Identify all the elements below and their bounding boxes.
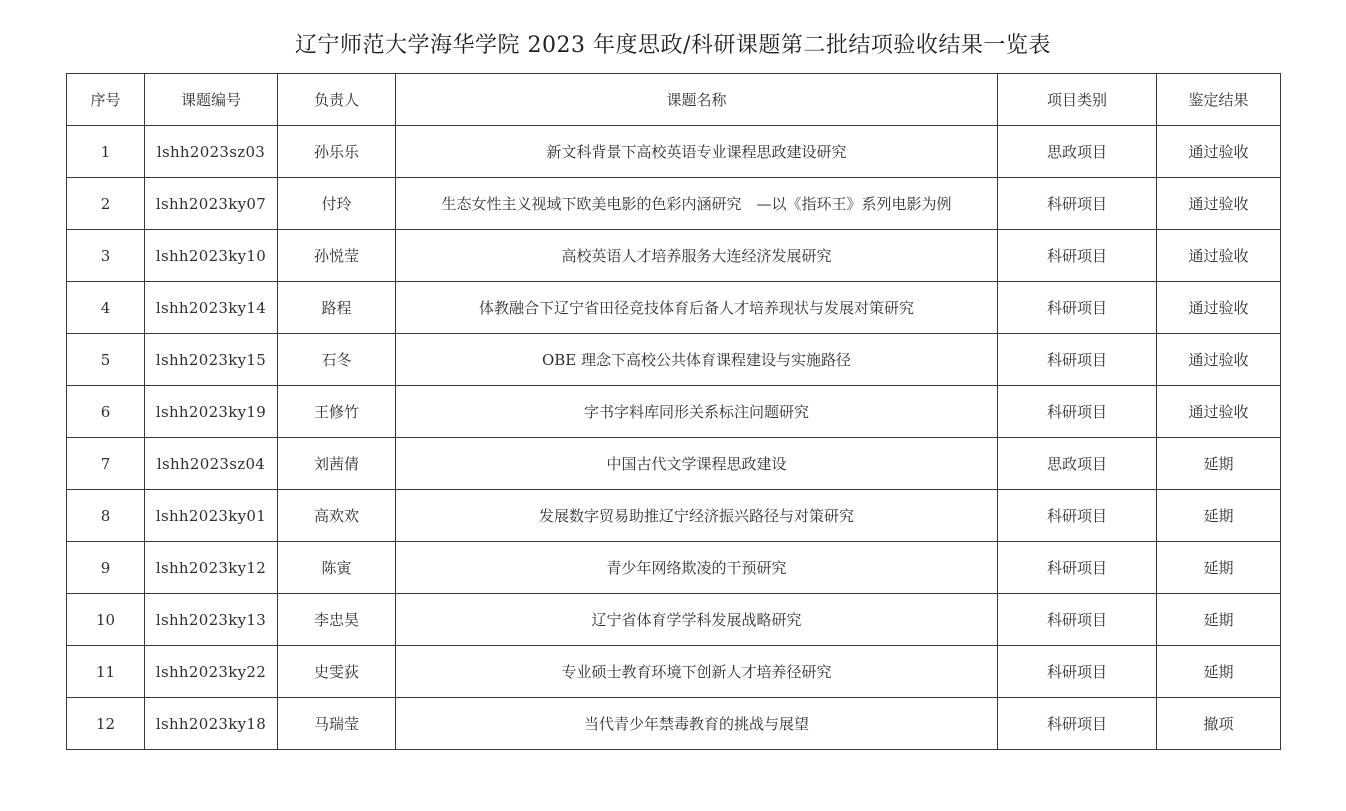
- cell-owner: 高欢欢: [278, 490, 396, 542]
- cell-code: lshh2023ky22: [145, 646, 278, 698]
- cell-title: 当代青少年禁毒教育的挑战与展望: [396, 698, 998, 750]
- cell-result: 通过验收: [1157, 334, 1281, 386]
- cell-owner: 史雯荻: [278, 646, 396, 698]
- cell-code: lshh2023ky15: [145, 334, 278, 386]
- header-code: 课题编号: [145, 74, 278, 126]
- cell-title: 辽宁省体育学学科发展战略研究: [396, 594, 998, 646]
- table-row: 3 lshh2023ky10 孙悦莹 高校英语人才培养服务大连经济发展研究 科研…: [67, 230, 1281, 282]
- cell-owner: 付玲: [278, 178, 396, 230]
- cell-type: 科研项目: [998, 230, 1157, 282]
- table-row: 7 lshh2023sz04 刘茜倩 中国古代文学课程思政建设 思政项目 延期: [67, 438, 1281, 490]
- header-seq: 序号: [67, 74, 145, 126]
- table-row: 4 lshh2023ky14 路程 体教融合下辽宁省田径竞技体育后备人才培养现状…: [67, 282, 1281, 334]
- header-title: 课题名称: [396, 74, 998, 126]
- cell-owner: 孙悦莹: [278, 230, 396, 282]
- cell-type: 科研项目: [998, 594, 1157, 646]
- cell-owner: 马瑞莹: [278, 698, 396, 750]
- cell-seq: 2: [67, 178, 145, 230]
- table-row: 11 lshh2023ky22 史雯荻 专业硕士教育环境下创新人才培养径研究 科…: [67, 646, 1281, 698]
- cell-owner: 王修竹: [278, 386, 396, 438]
- results-table: 序号 课题编号 负责人 课题名称 项目类别 鉴定结果 1 lshh2023sz0…: [66, 73, 1281, 750]
- table-row: 12 lshh2023ky18 马瑞莹 当代青少年禁毒教育的挑战与展望 科研项目…: [67, 698, 1281, 750]
- cell-result: 通过验收: [1157, 178, 1281, 230]
- cell-owner: 石冬: [278, 334, 396, 386]
- cell-type: 科研项目: [998, 542, 1157, 594]
- table-row: 9 lshh2023ky12 陈寅 青少年网络欺凌的干预研究 科研项目 延期: [67, 542, 1281, 594]
- cell-code: lshh2023ky19: [145, 386, 278, 438]
- cell-title: 体教融合下辽宁省田径竞技体育后备人才培养现状与发展对策研究: [396, 282, 998, 334]
- cell-title: 发展数字贸易助推辽宁经济振兴路径与对策研究: [396, 490, 998, 542]
- cell-code: lshh2023ky01: [145, 490, 278, 542]
- cell-code: lshh2023ky12: [145, 542, 278, 594]
- cell-seq: 3: [67, 230, 145, 282]
- table-row: 6 lshh2023ky19 王修竹 字书字料库同形关系标注问题研究 科研项目 …: [67, 386, 1281, 438]
- cell-type: 思政项目: [998, 126, 1157, 178]
- cell-seq: 10: [67, 594, 145, 646]
- header-owner: 负责人: [278, 74, 396, 126]
- cell-type: 科研项目: [998, 386, 1157, 438]
- cell-code: lshh2023ky07: [145, 178, 278, 230]
- page-title: 辽宁师范大学海华学院 2023 年度思政/科研课题第二批结项验收结果一览表: [0, 28, 1346, 64]
- cell-result: 延期: [1157, 438, 1281, 490]
- table-row: 2 lshh2023ky07 付玲 生态女性主义视域下欧美电影的色彩内涵研究 —…: [67, 178, 1281, 230]
- cell-owner: 李忠昊: [278, 594, 396, 646]
- cell-type: 科研项目: [998, 698, 1157, 750]
- cell-seq: 5: [67, 334, 145, 386]
- cell-title: 高校英语人才培养服务大连经济发展研究: [396, 230, 998, 282]
- cell-result: 通过验收: [1157, 230, 1281, 282]
- cell-result: 撤项: [1157, 698, 1281, 750]
- cell-result: 延期: [1157, 542, 1281, 594]
- cell-result: 延期: [1157, 646, 1281, 698]
- cell-owner: 刘茜倩: [278, 438, 396, 490]
- cell-type: 科研项目: [998, 490, 1157, 542]
- table-row: 5 lshh2023ky15 石冬 OBE 理念下高校公共体育课程建设与实施路径…: [67, 334, 1281, 386]
- header-type: 项目类别: [998, 74, 1157, 126]
- cell-result: 通过验收: [1157, 386, 1281, 438]
- header-result: 鉴定结果: [1157, 74, 1281, 126]
- cell-seq: 1: [67, 126, 145, 178]
- cell-title: 中国古代文学课程思政建设: [396, 438, 998, 490]
- cell-owner: 孙乐乐: [278, 126, 396, 178]
- cell-type: 科研项目: [998, 334, 1157, 386]
- cell-code: lshh2023sz04: [145, 438, 278, 490]
- cell-seq: 12: [67, 698, 145, 750]
- cell-code: lshh2023sz03: [145, 126, 278, 178]
- cell-result: 延期: [1157, 490, 1281, 542]
- cell-result: 通过验收: [1157, 126, 1281, 178]
- table-row: 8 lshh2023ky01 高欢欢 发展数字贸易助推辽宁经济振兴路径与对策研究…: [67, 490, 1281, 542]
- cell-seq: 4: [67, 282, 145, 334]
- cell-title: 生态女性主义视域下欧美电影的色彩内涵研究 —以《指环王》系列电影为例: [396, 178, 998, 230]
- cell-seq: 7: [67, 438, 145, 490]
- table-header-row: 序号 课题编号 负责人 课题名称 项目类别 鉴定结果: [67, 74, 1281, 126]
- cell-title: 新文科背景下高校英语专业课程思政建设研究: [396, 126, 998, 178]
- cell-owner: 路程: [278, 282, 396, 334]
- cell-seq: 11: [67, 646, 145, 698]
- cell-code: lshh2023ky13: [145, 594, 278, 646]
- cell-title: 专业硕士教育环境下创新人才培养径研究: [396, 646, 998, 698]
- cell-seq: 6: [67, 386, 145, 438]
- cell-code: lshh2023ky10: [145, 230, 278, 282]
- table-row: 10 lshh2023ky13 李忠昊 辽宁省体育学学科发展战略研究 科研项目 …: [67, 594, 1281, 646]
- cell-code: lshh2023ky18: [145, 698, 278, 750]
- cell-type: 科研项目: [998, 178, 1157, 230]
- cell-code: lshh2023ky14: [145, 282, 278, 334]
- cell-seq: 9: [67, 542, 145, 594]
- cell-type: 思政项目: [998, 438, 1157, 490]
- cell-type: 科研项目: [998, 646, 1157, 698]
- cell-result: 延期: [1157, 594, 1281, 646]
- cell-owner: 陈寅: [278, 542, 396, 594]
- cell-seq: 8: [67, 490, 145, 542]
- cell-type: 科研项目: [998, 282, 1157, 334]
- cell-title: 字书字料库同形关系标注问题研究: [396, 386, 998, 438]
- cell-title: OBE 理念下高校公共体育课程建设与实施路径: [396, 334, 998, 386]
- cell-result: 通过验收: [1157, 282, 1281, 334]
- table-row: 1 lshh2023sz03 孙乐乐 新文科背景下高校英语专业课程思政建设研究 …: [67, 126, 1281, 178]
- cell-title: 青少年网络欺凌的干预研究: [396, 542, 998, 594]
